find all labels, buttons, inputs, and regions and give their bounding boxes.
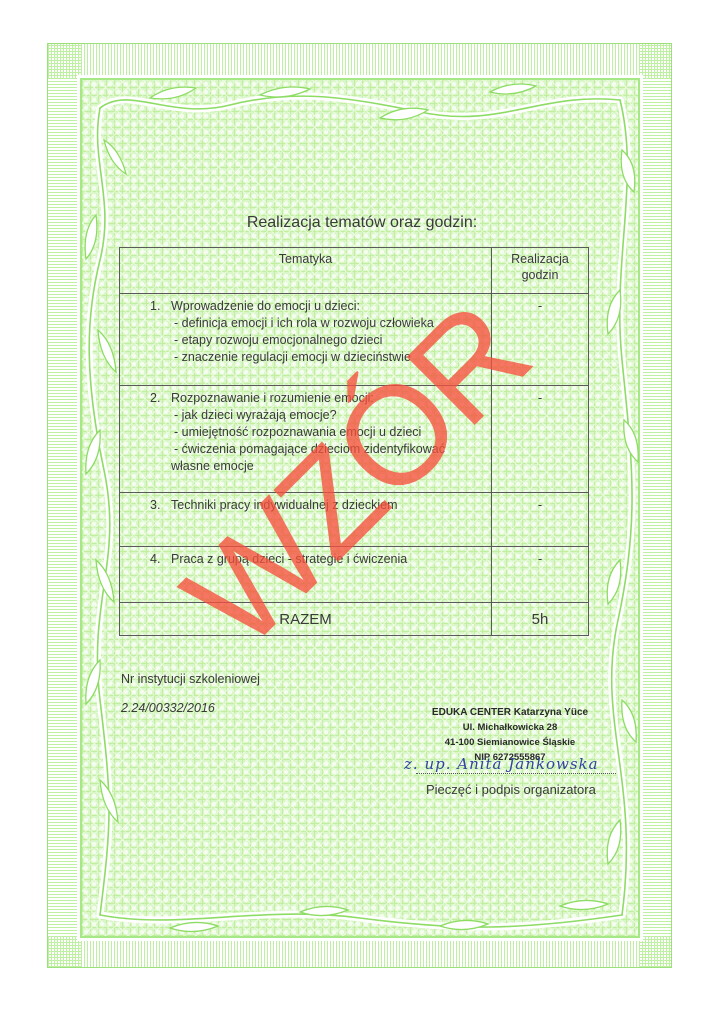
handwritten-signature: z. up. Anita Jankowska (404, 755, 599, 773)
topic-heading: Wprowadzenie do emocji u dzieci: (171, 298, 360, 315)
stamp-company: EDUKA CENTER Katarzyna Yüce (410, 705, 610, 720)
stamp-city: 41-100 Siemianowice Śląskie (410, 735, 610, 750)
institution-label: Nr instytucji szkoleniowej (121, 672, 260, 686)
table-header-row: Tematyka Realizacja godzin (120, 248, 589, 294)
total-hours: 5h (492, 603, 589, 636)
stamp-street: Ul. Michałkowicka 28 (410, 720, 610, 735)
topic-number: 1. (150, 298, 171, 315)
institution-number: 2.24/00332/2016 (121, 701, 215, 715)
topic-number: 3. (150, 497, 171, 514)
total-row: RAZEM 5h (120, 603, 589, 636)
hours-cell: - (492, 547, 589, 603)
page-title: Realizacja tematów oraz godzin: (0, 214, 724, 232)
signature-line (416, 773, 616, 774)
signature-label: Pieczęć i podpis organizatora (426, 782, 596, 797)
header-hours: Realizacja godzin (492, 248, 589, 294)
topic-number: 2. (150, 390, 171, 407)
hours-cell: - (492, 493, 589, 547)
